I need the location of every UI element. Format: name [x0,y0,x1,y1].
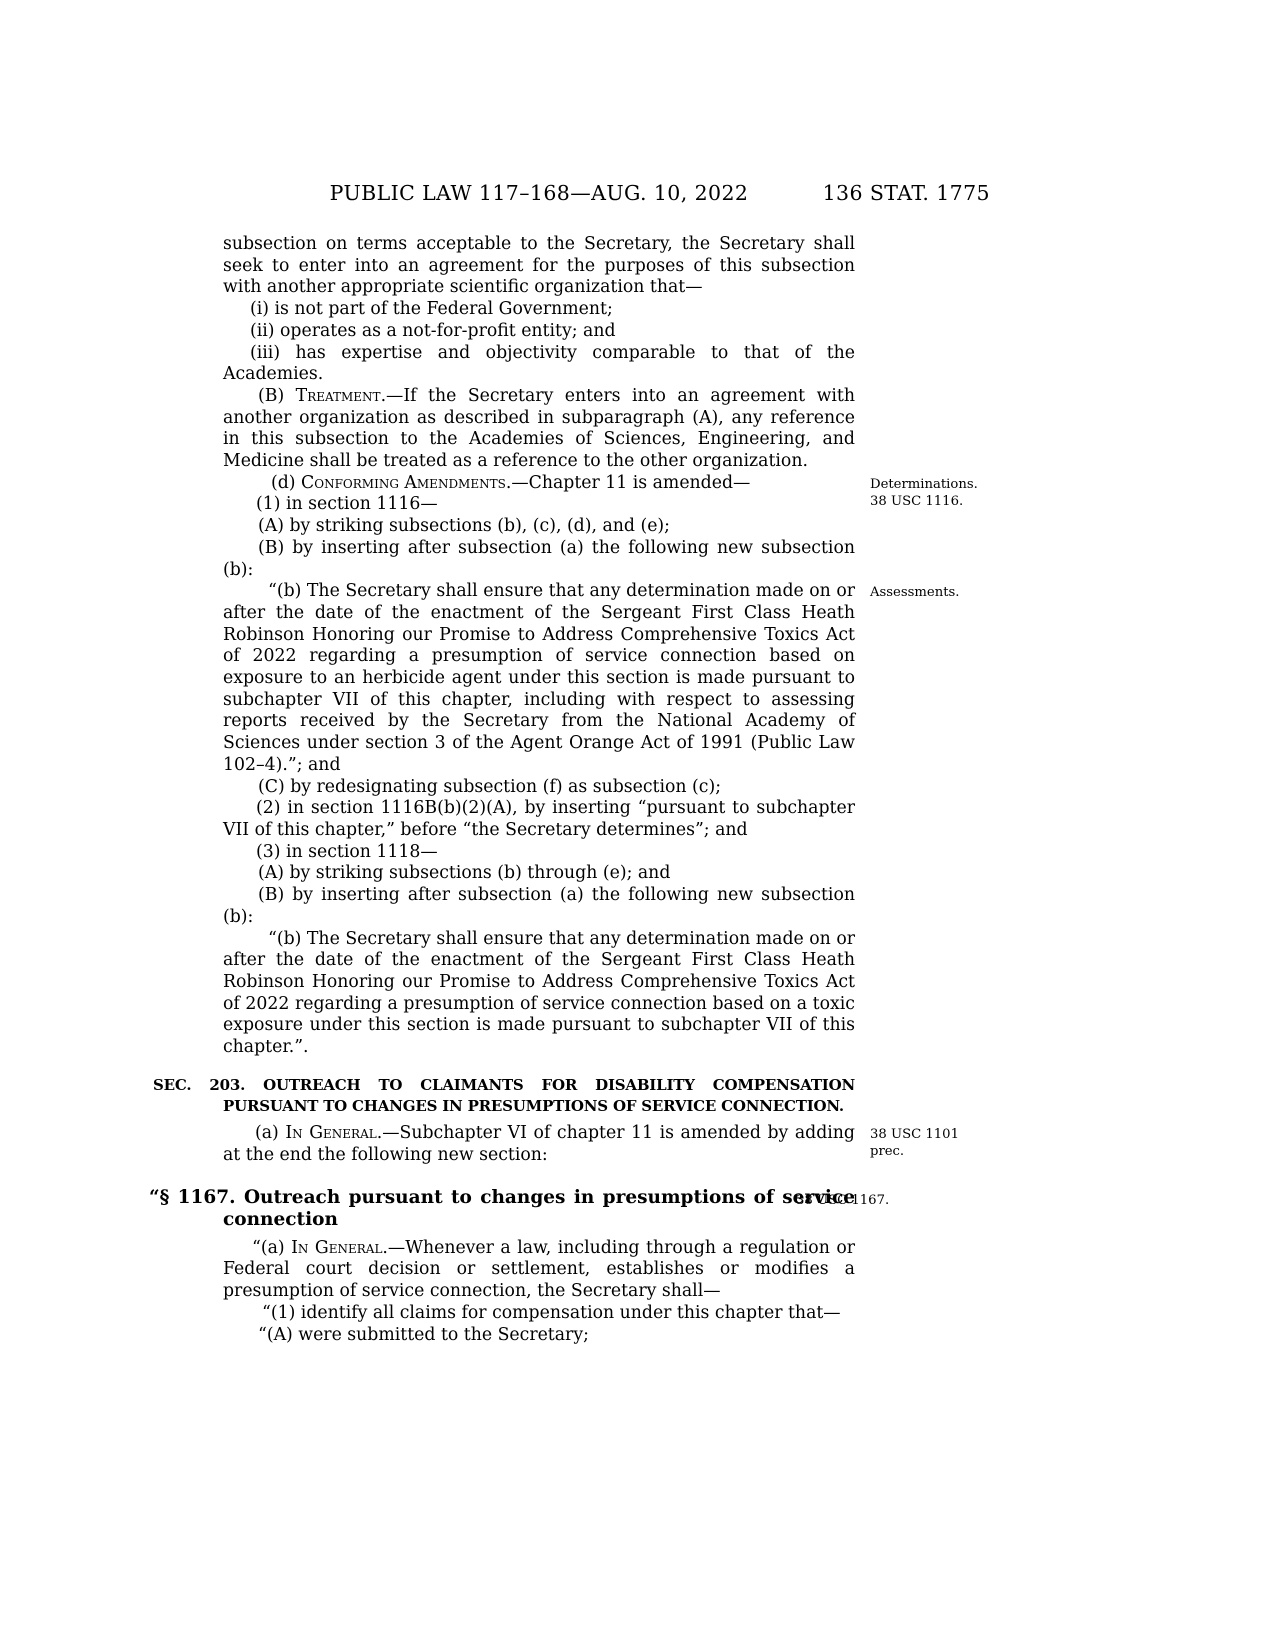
text-segment: (A) by striking subsections (b), (c), (d… [258,516,670,536]
text-segment: “(A) were submitted to the Secretary; [258,1325,589,1345]
subsection-a-in-general: (a) In General.—Subchapter VI of chapter… [223,1123,855,1166]
text-segment: (d) [271,473,301,493]
clause-ii: (ii) operates as a not-for-profit entity… [223,321,855,343]
paragraph-3-section-1118: (3) in section 1118— [223,842,855,864]
margin-note-line: 38 USC 1116. [870,493,995,510]
text-segment: (ii) operates as a not-for-profit entity… [250,321,616,341]
text-segment: (B) by inserting after subsection (a) th… [223,538,855,580]
text-segment: “(1) identify all claims for compensatio… [262,1303,841,1323]
subparagraph-B-inserting-1116: (B) by inserting after subsection (a) th… [223,538,855,581]
continuation-paragraph: subsection on terms acceptable to the Se… [223,234,855,299]
quoted-subsection-b-toxic: “(b) The Secretary shall ensure that any… [223,929,855,1059]
margin-note-line: Determinations. [870,476,995,493]
text-segment: (A) by striking subsections (b) through … [258,863,670,883]
text-segment: “(b) The Secretary shall ensure that any… [223,581,855,775]
subparagraph-A-striking-1118: (A) by striking subsections (b) through … [223,863,855,885]
margin-note: 38 USC 1101prec. [870,1126,995,1160]
text-segment: (C) by redesignating subsection (f) as s… [258,777,721,797]
text-segment: (a) [255,1123,285,1143]
section-1167-heading: “§ 1167. Outreach pursuant to changes in… [223,1187,855,1231]
statute-page: PUBLIC LAW 117–168—AUG. 10, 2022 136 STA… [0,0,1275,1650]
section-203-heading: SEC. 203. OUTREACH TO CLAIMANTS FOR DISA… [223,1075,855,1118]
document-body: subsection on terms acceptable to the Se… [223,234,855,1346]
small-caps-text-segment: Conforming Amendments [301,473,506,493]
text-segment: “(a) [252,1238,291,1258]
margin-note-line: Assessments. [870,584,995,601]
text-segment: (2) in section 1116B(b)(2)(A), by insert… [223,798,855,840]
page-content: PUBLIC LAW 117–168—AUG. 10, 2022 136 STA… [223,181,990,1346]
paragraph-2-section-1116B: (2) in section 1116B(b)(2)(A), by insert… [223,798,855,841]
text-segment: “§ 1167. Outreach pursuant to changes in… [149,1187,855,1230]
text-segment: (3) in section 1118— [256,842,438,862]
quoted-subparagraph-A-submitted: “(A) were submitted to the Secretary; [223,1325,855,1347]
running-header-law-title: PUBLIC LAW 117–168—AUG. 10, 2022 [223,181,855,205]
text-segment: (B) by inserting after subsection (a) th… [223,885,855,927]
subparagraph-C-redesignating: (C) by redesignating subsection (f) as s… [223,777,855,799]
quoted-subsection-b-herbicide: “(b) The Secretary shall ensure that any… [223,581,855,776]
quoted-subsection-a-in-general: “(a) In General.—Whenever a law, includi… [223,1238,855,1303]
subsection-d-conforming-amendments: (d) Conforming Amendments.—Chapter 11 is… [223,473,855,495]
text-segment: (iii) has expertise and objectivity comp… [223,343,855,385]
text-segment: SEC. 203. OUTREACH TO CLAIMANTS FOR DISA… [153,1076,855,1115]
text-segment: “(b) The Secretary shall ensure that any… [223,929,855,1058]
subparagraph-B-inserting-1118: (B) by inserting after subsection (a) th… [223,885,855,928]
margin-note-line: 38 USC 1167. [796,1192,921,1209]
margin-note-line: 38 USC 1101 [870,1126,995,1143]
subparagraph-A-striking-1116: (A) by striking subsections (b), (c), (d… [223,516,855,538]
clause-iii: (iii) has expertise and objectivity comp… [223,343,855,386]
small-caps-text-segment: Treatment [296,386,381,406]
text-segment: (i) is not part of the Federal Governmen… [250,299,613,319]
margin-note: Determinations.38 USC 1116. [870,476,995,510]
margin-note-line: prec. [870,1143,995,1160]
running-header-stat-number: 136 STAT. 1775 [823,181,990,205]
paragraph-1-section-1116: (1) in section 1116— [223,494,855,516]
margin-note: 38 USC 1167. [796,1192,921,1209]
text-segment: (1) in section 1116— [256,494,438,514]
small-caps-text-segment: In General [285,1123,376,1143]
subparagraph-B-treatment: (B) Treatment.—If the Secretary enters i… [223,386,855,473]
small-caps-text-segment: In General [291,1238,382,1258]
margin-note: Assessments. [870,584,995,601]
quoted-paragraph-1-identify: “(1) identify all claims for compensatio… [223,1303,855,1325]
clause-i: (i) is not part of the Federal Governmen… [223,299,855,321]
text-segment: .—Chapter 11 is amended— [506,473,750,493]
running-header: PUBLIC LAW 117–168—AUG. 10, 2022 136 STA… [223,181,990,207]
text-segment: subsection on terms acceptable to the Se… [223,234,855,297]
text-segment: (B) [258,386,296,406]
